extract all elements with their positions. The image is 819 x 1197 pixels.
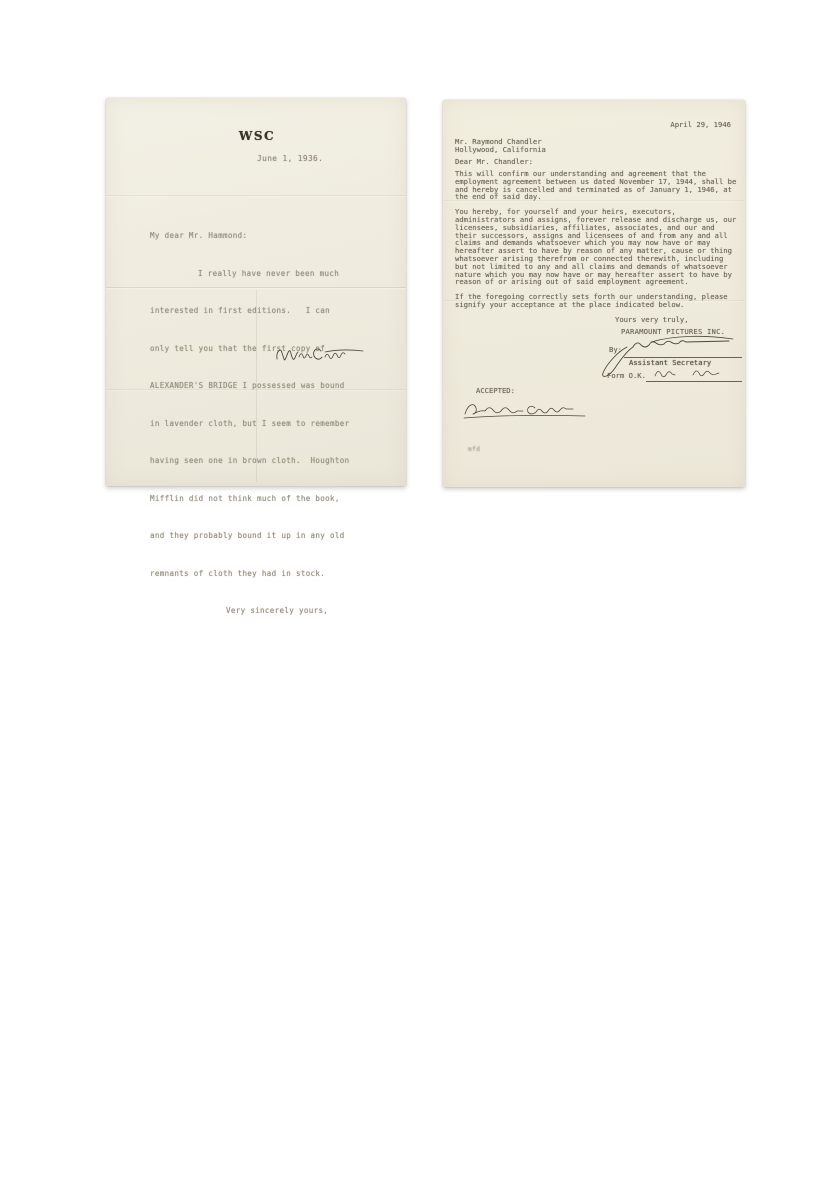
letter-date: April 29, 1946: [670, 121, 731, 129]
body-line: ALEXANDER'S BRIDGE I possessed was bound: [150, 380, 349, 393]
recipient-address: Mr. Raymond Chandler Hollywood, Californ…: [455, 138, 546, 154]
letter-date: June 1, 1936.: [257, 154, 323, 163]
body-paragraph: If the foregoing correctly sets forth ou…: [455, 293, 737, 309]
body-paragraph: You hereby, for yourself and your heirs,…: [455, 208, 737, 286]
salutation: Dear Mr. Chandler:: [455, 158, 533, 166]
form-ok-initials: [649, 364, 741, 381]
willa-cather-signature: [273, 341, 365, 367]
body-line: I really have never been much: [150, 268, 349, 281]
paramount-letter-page: April 29, 1946 Mr. Raymond Chandler Holl…: [443, 100, 745, 487]
body-line: interested in first editions. I can: [150, 305, 349, 318]
raymond-chandler-signature: [461, 396, 591, 422]
body-line: and they probably bound it up in any old: [150, 530, 349, 543]
body-line: Mifflin did not think much of the book,: [150, 493, 349, 506]
salutation: My dear Mr. Hammond:: [150, 230, 349, 243]
cather-letter-page: WSC June 1, 1936. My dear Mr. Hammond: I…: [106, 98, 406, 486]
accepted-label: ACCEPTED:: [476, 387, 515, 395]
body-paragraph: This will confirm our understanding and …: [455, 170, 737, 201]
body-line: remnants of cloth they had in stock.: [150, 568, 349, 581]
body-line: in lavender cloth, but I seem to remembe…: [150, 418, 349, 431]
closing-line: Very sincerely yours,: [150, 605, 349, 618]
scanned-letters-background: WSC June 1, 1936. My dear Mr. Hammond: I…: [0, 0, 819, 1197]
closing-line: Yours very truly,: [615, 316, 689, 324]
fold-crease: [106, 195, 406, 196]
letter-body: This will confirm our understanding and …: [455, 170, 737, 316]
typist-initials: mfd: [468, 446, 480, 453]
recipient-city: Hollywood, California: [455, 146, 546, 154]
letter-body: My dear Mr. Hammond: I really have never…: [150, 205, 349, 643]
body-line: having seen one in brown cloth. Houghton: [150, 455, 349, 468]
wsc-monogram: WSC: [228, 129, 286, 143]
